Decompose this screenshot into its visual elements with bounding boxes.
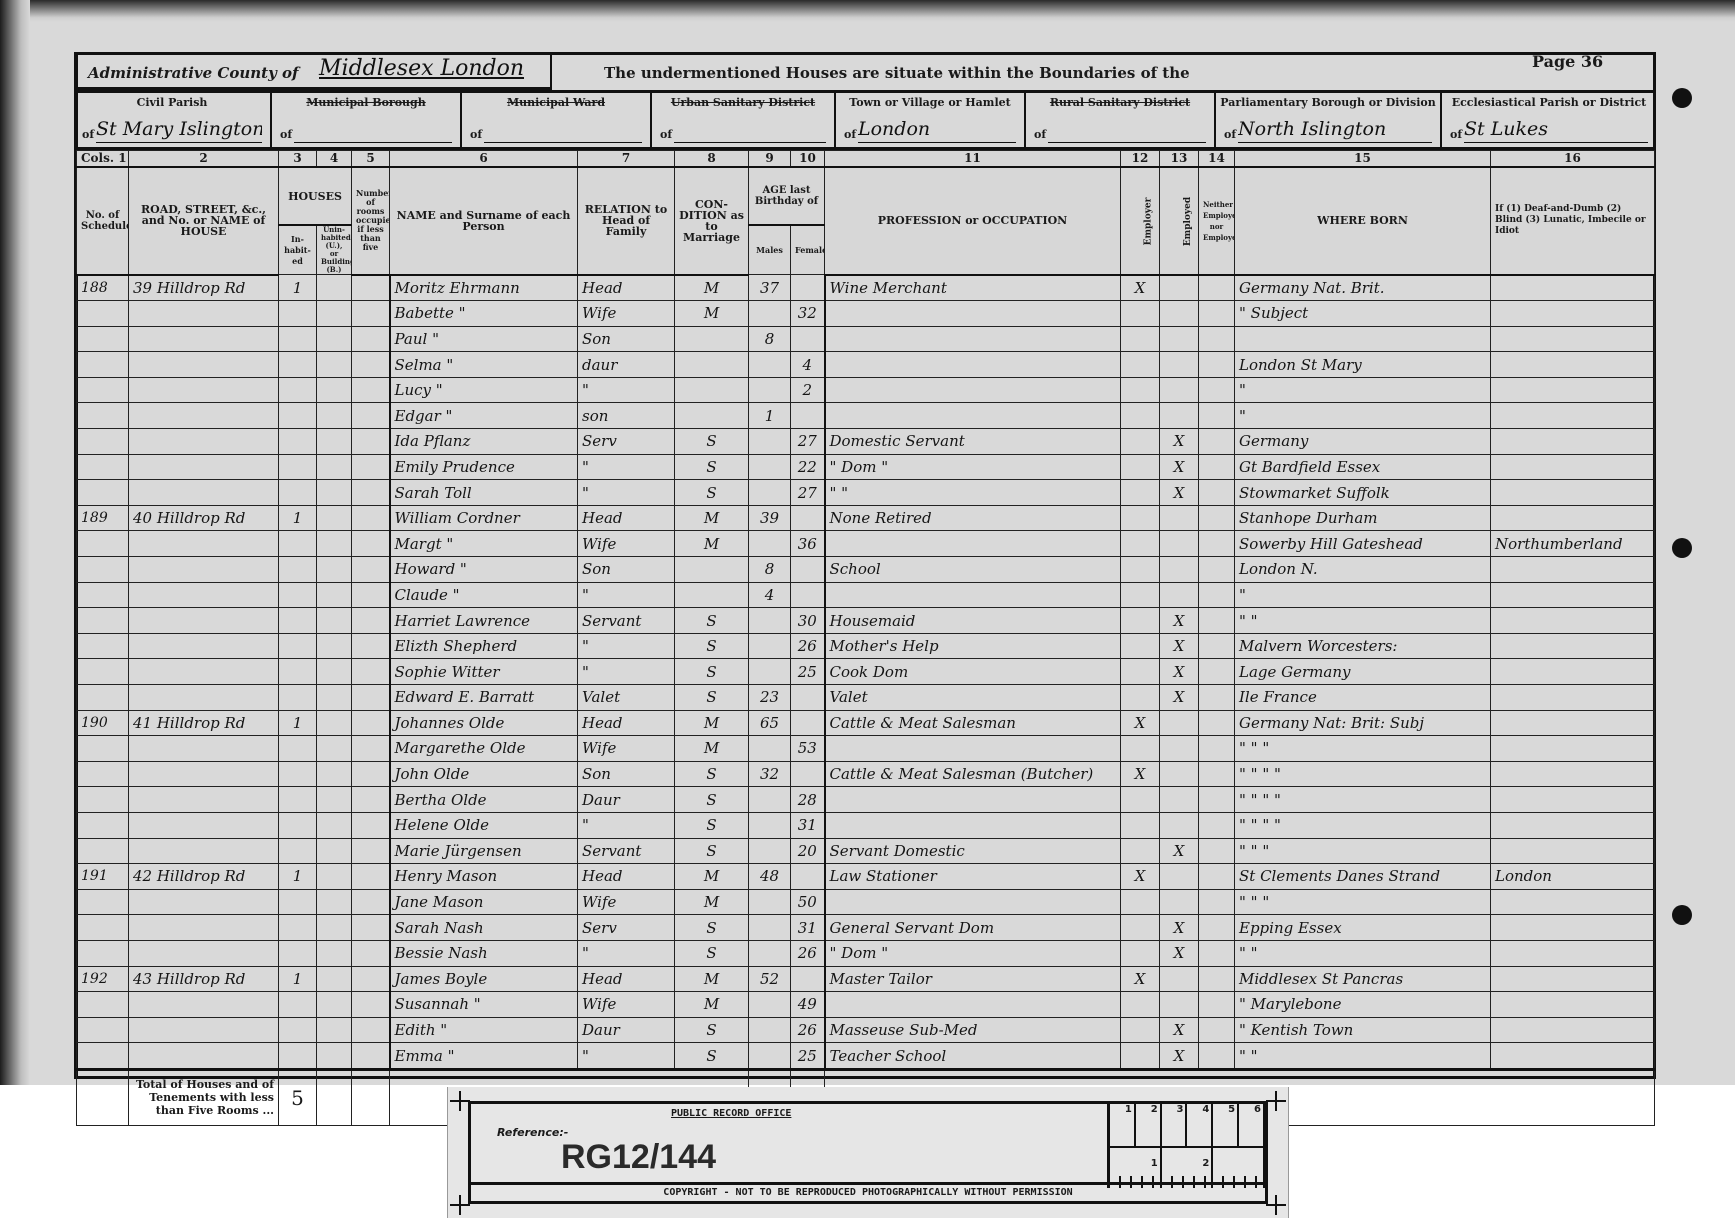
reference-label: Reference:-	[497, 1126, 568, 1139]
cell-address	[129, 787, 279, 813]
cell-where-born: Ile France	[1235, 685, 1491, 711]
area-value	[674, 118, 826, 143]
cell-inhabited: 1	[279, 505, 317, 531]
cell-name: Bessie Nash	[390, 940, 578, 966]
table-row: 19041 Hilldrop Rd1Johannes OldeHeadM65Ca…	[77, 710, 1655, 736]
column-number-row: Cols. 12345678910111213141516	[77, 151, 1655, 168]
cell-condition: M	[675, 889, 749, 915]
cell-schedule	[77, 557, 129, 583]
area-municipal-ward: Municipal Wardof	[462, 93, 652, 147]
cell-condition	[675, 352, 749, 378]
cell-uninhabited	[317, 633, 352, 659]
cell-employer	[1121, 531, 1160, 557]
cell-uninhabited	[317, 838, 352, 864]
cell-schedule	[77, 608, 129, 634]
cell-condition: S	[675, 685, 749, 711]
cell-inhabited	[279, 992, 317, 1018]
cell-name: Edith "	[390, 1017, 578, 1043]
cell-where-born: " "	[1235, 1043, 1491, 1070]
area-of-label: of	[1450, 128, 1462, 141]
cell-inhabited	[279, 608, 317, 634]
table-row: Marie JürgensenServantS20Servant Domesti…	[77, 838, 1655, 864]
cell-where-born: " Subject	[1235, 301, 1491, 327]
cell-condition	[675, 582, 749, 608]
cell-condition: S	[675, 787, 749, 813]
cell-employed	[1160, 889, 1199, 915]
cell-infirmity	[1491, 1017, 1655, 1043]
total-houses-value: 5	[279, 1069, 317, 1125]
cell-uninhabited	[317, 889, 352, 915]
cell-male-age	[749, 787, 791, 813]
cell-employer	[1121, 838, 1160, 864]
cell-employed	[1160, 966, 1199, 992]
inch-mark: 1	[1110, 1104, 1136, 1146]
cell-male-age	[749, 301, 791, 327]
cell-schedule	[77, 992, 129, 1018]
cell-rooms	[352, 838, 390, 864]
cell-female-age: 27	[791, 480, 825, 506]
cell-employed	[1160, 531, 1199, 557]
area-value: St Mary Islington	[96, 118, 262, 143]
cell-condition: S	[675, 812, 749, 838]
cell-employed	[1160, 377, 1199, 403]
cell-condition: S	[675, 940, 749, 966]
cell-relation: Head	[578, 275, 675, 301]
cell-male-age	[749, 838, 791, 864]
census-table: Cols. 12345678910111213141516 No. of Sch…	[76, 150, 1655, 1126]
table-row: Lucy ""2"	[77, 377, 1655, 403]
cell-where-born: Epping Essex	[1235, 915, 1491, 941]
cell-occupation	[825, 326, 1121, 352]
cell-condition: S	[675, 838, 749, 864]
cell-female-age: 36	[791, 531, 825, 557]
cell-name: Sarah Nash	[390, 915, 578, 941]
cell-neither	[1199, 377, 1235, 403]
cell-occupation	[825, 301, 1121, 327]
cell-uninhabited	[317, 736, 352, 762]
cell-condition: S	[675, 429, 749, 455]
cell-neither	[1199, 787, 1235, 813]
cell-male-age	[749, 429, 791, 455]
header-occupation: PROFESSION or OCCUPATION	[825, 167, 1121, 275]
cell-male-age: 4	[749, 582, 791, 608]
cell-where-born: London St Mary	[1235, 352, 1491, 378]
cell-condition: S	[675, 1043, 749, 1070]
cell-male-age	[749, 812, 791, 838]
area-label: Rural Sanitary District	[1026, 97, 1214, 109]
cell-female-age: 25	[791, 1043, 825, 1070]
cell-male-age	[749, 608, 791, 634]
table-row: Bertha OldeDaurS28" " " "	[77, 787, 1655, 813]
cell-name: Johannes Olde	[390, 710, 578, 736]
cell-male-age: 65	[749, 710, 791, 736]
area-of-label: of	[844, 128, 856, 141]
cell-occupation: Master Tailor	[825, 966, 1121, 992]
header-schedule: No. of Schedule	[77, 167, 129, 275]
cell-name: Marie Jürgensen	[390, 838, 578, 864]
cell-address	[129, 761, 279, 787]
cell-uninhabited	[317, 915, 352, 941]
cell-occupation: Cattle & Meat Salesman	[825, 710, 1121, 736]
cell-female-age: 28	[791, 787, 825, 813]
cell-schedule: 192	[77, 966, 129, 992]
cell-schedule	[77, 659, 129, 685]
cell-uninhabited	[317, 326, 352, 352]
area-value: North Islington	[1238, 118, 1432, 143]
cell-employer: X	[1121, 761, 1160, 787]
table-row: 19243 Hilldrop Rd1James BoyleHeadM52Mast…	[77, 966, 1655, 992]
area-boundaries-row: Civil ParishofSt Mary IslingtonMunicipal…	[74, 90, 1656, 150]
cell-rooms	[352, 710, 390, 736]
cell-neither	[1199, 480, 1235, 506]
cell-infirmity	[1491, 659, 1655, 685]
header-employer: Employer	[1121, 167, 1160, 275]
table-row: Emma ""S25Teacher SchoolX" "	[77, 1043, 1655, 1070]
public-record-office-label: PUBLIC RECORD OFFICE	[671, 1108, 791, 1119]
area-label: Civil Parish	[74, 97, 270, 109]
cell-occupation: Domestic Servant	[825, 429, 1121, 455]
cell-employed	[1160, 787, 1199, 813]
cell-employer	[1121, 403, 1160, 429]
cell-address	[129, 531, 279, 557]
cell-where-born: " " " "	[1235, 787, 1491, 813]
cell-female-age: 26	[791, 940, 825, 966]
header-name: NAME and Surname of each Person	[390, 167, 578, 275]
cell-female-age: 22	[791, 454, 825, 480]
cell-male-age	[749, 940, 791, 966]
cell-name: Harriet Lawrence	[390, 608, 578, 634]
cell-occupation: " Dom "	[825, 454, 1121, 480]
cell-rooms	[352, 812, 390, 838]
area-label: Municipal Borough	[272, 97, 460, 109]
cell-employed	[1160, 582, 1199, 608]
cell-uninhabited	[317, 531, 352, 557]
cell-occupation	[825, 787, 1121, 813]
cell-neither	[1199, 940, 1235, 966]
cell-address: 40 Hilldrop Rd	[129, 505, 279, 531]
cell-male-age	[749, 531, 791, 557]
page-number: Page 36	[1532, 52, 1603, 71]
cell-inhabited	[279, 633, 317, 659]
header-road: ROAD, STREET, &c., and No. or NAME of HO…	[129, 167, 279, 275]
cell-employer: X	[1121, 966, 1160, 992]
cell-address	[129, 582, 279, 608]
cell-relation: Head	[578, 710, 675, 736]
census-sheet: Administrative County of Middlesex Londo…	[0, 0, 1735, 1085]
cell-condition: M	[675, 736, 749, 762]
cell-rooms	[352, 608, 390, 634]
cell-female-age	[791, 403, 825, 429]
cell-where-born: Lage Germany	[1235, 659, 1491, 685]
cell-address	[129, 454, 279, 480]
cell-employer: X	[1121, 710, 1160, 736]
cell-name: Helene Olde	[390, 812, 578, 838]
cell-name: Margarethe Olde	[390, 736, 578, 762]
area-value	[484, 118, 642, 143]
cell-uninhabited	[317, 429, 352, 455]
cell-relation: Servant	[578, 838, 675, 864]
cell-neither	[1199, 352, 1235, 378]
header-uninhabited: Unin-habited (U.), or Building (B.)	[317, 225, 352, 275]
cell-infirmity	[1491, 275, 1655, 301]
cell-address	[129, 403, 279, 429]
cell-infirmity	[1491, 429, 1655, 455]
header-where-born: WHERE BORN	[1235, 167, 1491, 275]
cell-employer	[1121, 1043, 1160, 1070]
cell-rooms	[352, 1017, 390, 1043]
cell-rooms	[352, 966, 390, 992]
cell-male-age: 37	[749, 275, 791, 301]
cell-relation: Serv	[578, 429, 675, 455]
area-of-label: of	[1224, 128, 1236, 141]
cell-occupation: General Servant Dom	[825, 915, 1121, 941]
cell-neither	[1199, 838, 1235, 864]
inch-mark: 4	[1187, 1104, 1213, 1146]
column-number: Cols. 1	[77, 151, 129, 168]
cell-female-age	[791, 505, 825, 531]
table-row: Elizth Shepherd"S26Mother's HelpXMalvern…	[77, 633, 1655, 659]
table-row: John OldeSonS32Cattle & Meat Salesman (B…	[77, 761, 1655, 787]
cell-neither	[1199, 326, 1235, 352]
cell-infirmity	[1491, 787, 1655, 813]
cell-condition: S	[675, 761, 749, 787]
cell-employer: X	[1121, 275, 1160, 301]
cell-infirmity	[1491, 557, 1655, 583]
cell-occupation: Teacher School	[825, 1043, 1121, 1070]
cell-female-age: 2	[791, 377, 825, 403]
cell-condition	[675, 326, 749, 352]
cell-condition: S	[675, 454, 749, 480]
cell-female-age	[791, 557, 825, 583]
cell-neither	[1199, 1043, 1235, 1070]
header-relation: RELATION to Head of Family	[578, 167, 675, 275]
cell-where-born: " " " "	[1235, 761, 1491, 787]
cell-where-born: Gt Bardfield Essex	[1235, 454, 1491, 480]
cell-schedule	[77, 352, 129, 378]
cell-schedule	[77, 301, 129, 327]
cell-employer	[1121, 480, 1160, 506]
cell-male-age: 48	[749, 864, 791, 890]
cell-relation: son	[578, 403, 675, 429]
header-age: AGE last Birthday of	[749, 167, 825, 225]
header-row: Administrative County of Middlesex Londo…	[74, 52, 1656, 92]
cell-condition: M	[675, 992, 749, 1018]
cell-employed: X	[1160, 1017, 1199, 1043]
cell-relation: Son	[578, 326, 675, 352]
cell-address	[129, 838, 279, 864]
area-rural-sanitary-district: Rural Sanitary Districtof	[1026, 93, 1216, 147]
cell-address	[129, 915, 279, 941]
cell-relation: Wife	[578, 992, 675, 1018]
cell-neither	[1199, 403, 1235, 429]
column-number: 16	[1491, 151, 1655, 168]
totals-empty-cell	[352, 1069, 390, 1125]
column-number: 8	[675, 151, 749, 168]
cell-schedule	[77, 787, 129, 813]
cell-relation: Head	[578, 505, 675, 531]
table-row: Edith "DaurS26Masseuse Sub-MedX" Kentish…	[77, 1017, 1655, 1043]
table-row: 18839 Hilldrop Rd1Moritz EhrmannHeadM37W…	[77, 275, 1655, 301]
cell-name: Sarah Toll	[390, 480, 578, 506]
cell-infirmity	[1491, 582, 1655, 608]
cell-relation: Wife	[578, 531, 675, 557]
cell-neither	[1199, 275, 1235, 301]
cell-neither	[1199, 915, 1235, 941]
cell-where-born: Germany Nat: Brit: Subj	[1235, 710, 1491, 736]
column-number: 2	[129, 151, 279, 168]
cell-rooms	[352, 531, 390, 557]
cell-where-born: " " " "	[1235, 812, 1491, 838]
cell-infirmity: Northumberland	[1491, 531, 1655, 557]
cell-condition: S	[675, 915, 749, 941]
cell-female-age: 20	[791, 838, 825, 864]
cell-occupation: Servant Domestic	[825, 838, 1121, 864]
cell-inhabited	[279, 454, 317, 480]
cell-uninhabited	[317, 582, 352, 608]
cell-neither	[1199, 685, 1235, 711]
cell-address	[129, 480, 279, 506]
cell-where-born: Stowmarket Suffolk	[1235, 480, 1491, 506]
cell-infirmity	[1491, 685, 1655, 711]
cell-occupation: Cook Dom	[825, 659, 1121, 685]
cell-name: Emma "	[390, 1043, 578, 1070]
cell-address	[129, 736, 279, 762]
cell-rooms	[352, 454, 390, 480]
cell-occupation: Cattle & Meat Salesman (Butcher)	[825, 761, 1121, 787]
cell-condition: S	[675, 1017, 749, 1043]
cell-inhabited	[279, 812, 317, 838]
area-of-label: of	[1034, 128, 1046, 141]
column-number: 13	[1160, 151, 1199, 168]
cell-inhabited: 1	[279, 710, 317, 736]
cell-schedule	[77, 1043, 129, 1070]
cell-rooms	[352, 736, 390, 762]
cell-inhabited	[279, 301, 317, 327]
cell-inhabited	[279, 889, 317, 915]
header-houses: HOUSES	[279, 167, 352, 225]
cell-name: Ida Pflanz	[390, 429, 578, 455]
cell-where-born: " " "	[1235, 736, 1491, 762]
cell-female-age	[791, 275, 825, 301]
cell-inhabited	[279, 787, 317, 813]
cell-uninhabited	[317, 454, 352, 480]
cell-employer	[1121, 608, 1160, 634]
cell-schedule	[77, 582, 129, 608]
cell-uninhabited	[317, 966, 352, 992]
cell-uninhabited	[317, 301, 352, 327]
cell-where-born: " Kentish Town	[1235, 1017, 1491, 1043]
cell-where-born: Middlesex St Pancras	[1235, 966, 1491, 992]
cell-employed	[1160, 812, 1199, 838]
header-rooms: Number of rooms occupied if less than fi…	[352, 167, 390, 275]
measurement-scale: 123456 12	[1107, 1104, 1265, 1188]
cell-uninhabited	[317, 992, 352, 1018]
cell-where-born: London N.	[1235, 557, 1491, 583]
cell-employed: X	[1160, 838, 1199, 864]
area-municipal-borough: Municipal Boroughof	[272, 93, 462, 147]
boundaries-text: The undermentioned Houses are situate wi…	[604, 64, 1190, 82]
cell-name: Moritz Ehrmann	[390, 275, 578, 301]
cell-rooms	[352, 352, 390, 378]
cell-rooms	[352, 301, 390, 327]
cell-employer	[1121, 685, 1160, 711]
cell-inhabited	[279, 531, 317, 557]
cell-infirmity	[1491, 710, 1655, 736]
cell-address	[129, 326, 279, 352]
cell-employer	[1121, 787, 1160, 813]
cell-infirmity	[1491, 326, 1655, 352]
cell-schedule	[77, 685, 129, 711]
totals-spacer	[77, 1069, 129, 1125]
cell-infirmity	[1491, 889, 1655, 915]
cell-occupation: Wine Merchant	[825, 275, 1121, 301]
cell-uninhabited	[317, 608, 352, 634]
cell-address: 39 Hilldrop Rd	[129, 275, 279, 301]
cell-address: 43 Hilldrop Rd	[129, 966, 279, 992]
column-number: 11	[825, 151, 1121, 168]
cell-infirmity	[1491, 480, 1655, 506]
cell-rooms	[352, 992, 390, 1018]
cell-occupation	[825, 377, 1121, 403]
inch-scale: 123456	[1110, 1104, 1265, 1148]
cell-schedule	[77, 761, 129, 787]
cell-male-age	[749, 377, 791, 403]
cell-employer	[1121, 659, 1160, 685]
cell-neither	[1199, 429, 1235, 455]
punch-hole	[1672, 88, 1692, 108]
area-of-label: of	[470, 128, 482, 141]
cell-male-age	[749, 915, 791, 941]
area-label: Municipal Ward	[462, 97, 650, 109]
area-value: St Lukes	[1464, 118, 1648, 143]
cell-uninhabited	[317, 940, 352, 966]
cell-schedule	[77, 838, 129, 864]
cell-neither	[1199, 812, 1235, 838]
area-of-label: of	[660, 128, 672, 141]
cell-schedule: 190	[77, 710, 129, 736]
cell-occupation: Masseuse Sub-Med	[825, 1017, 1121, 1043]
cell-female-age: 31	[791, 812, 825, 838]
cell-occupation: Housemaid	[825, 608, 1121, 634]
cell-occupation: " "	[825, 480, 1121, 506]
cell-rooms	[352, 326, 390, 352]
table-row: 18940 Hilldrop Rd1William CordnerHeadM39…	[77, 505, 1655, 531]
cell-name: Paul "	[390, 326, 578, 352]
cell-name: Edward E. Barratt	[390, 685, 578, 711]
cell-uninhabited	[317, 864, 352, 890]
table-row: Selma "daur4London St Mary	[77, 352, 1655, 378]
cell-rooms	[352, 429, 390, 455]
cell-where-born: "	[1235, 582, 1491, 608]
cell-male-age	[749, 659, 791, 685]
table-row: Bessie Nash"S26" Dom "X" "	[77, 940, 1655, 966]
cell-where-born: " " "	[1235, 838, 1491, 864]
cell-neither	[1199, 582, 1235, 608]
cell-name: John Olde	[390, 761, 578, 787]
cell-where-born: Germany	[1235, 429, 1491, 455]
cell-address	[129, 685, 279, 711]
cell-female-age	[791, 582, 825, 608]
cell-schedule	[77, 915, 129, 941]
column-number: 4	[317, 151, 352, 168]
cell-where-born: Sowerby Hill Gateshead	[1235, 531, 1491, 557]
cell-infirmity	[1491, 633, 1655, 659]
cell-rooms	[352, 685, 390, 711]
cell-female-age: 26	[791, 1017, 825, 1043]
cell-address	[129, 608, 279, 634]
cell-employer	[1121, 940, 1160, 966]
cell-neither	[1199, 889, 1235, 915]
